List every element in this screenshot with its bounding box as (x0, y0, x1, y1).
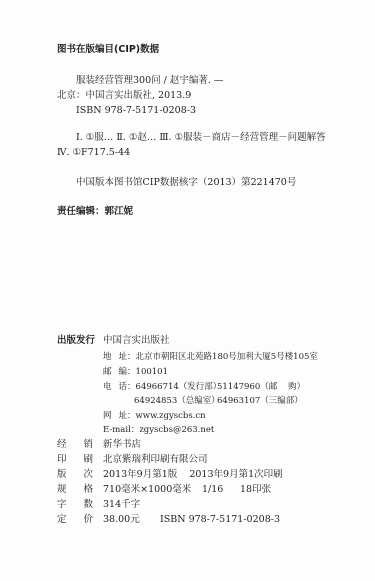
phone-row-1b: 51147960（邮 购） (217, 381, 305, 393)
detail-label: 经销 (57, 439, 103, 451)
address-value: 北京市朝阳区北苑路180号加利大厦5号楼105室 (136, 352, 318, 362)
cip-publisher-line: 北京：中国言实出版社, 2013.9 (57, 90, 191, 102)
detail-value: 北京紫瑞利印刷有限公司 (103, 454, 208, 465)
address-label-a: 地 (103, 352, 112, 362)
phone-label-b: 话： (119, 382, 136, 392)
cip-title-line: 服装经营管理300问 / 赵宇编著. — (76, 75, 223, 87)
cip-data-number: 中国版本图书馆CIP数据核字（2013）第221470号 (76, 177, 296, 189)
postcode-label-b: 编： (119, 367, 136, 377)
website-row: 网址：www.zgyscbs.cn (103, 410, 206, 422)
detail-label: 版次 (57, 469, 103, 481)
phone-dept: （总编室） (177, 396, 220, 406)
phone-dept: （三编部） (260, 396, 303, 406)
cip-isbn-line: ISBN 978-7-5171-0208-3 (76, 105, 196, 117)
phone-dept: （邮 购） (260, 382, 305, 392)
postcode-value: 100101 (136, 367, 168, 377)
detail-value: 314千字 (103, 499, 140, 510)
email-row: E-mail：zgyscbs@263.net (103, 424, 214, 436)
detail-label: 印刷 (57, 454, 103, 466)
format-sheets: 18印张 (240, 484, 271, 496)
email-label: E-mail： (103, 425, 139, 435)
phone-number: 64924853 (134, 396, 177, 406)
detail-row-price: 定价38.00元 (57, 514, 140, 526)
phone-number: 64963107 (217, 396, 260, 406)
phone-number: 51147960 (217, 382, 260, 392)
detail-label: 字数 (57, 499, 103, 511)
website-label-a: 网 (103, 411, 112, 421)
address-row: 地址：北京市朝阳区北苑路180号加利大厦5号楼105室 (103, 351, 318, 363)
email-link[interactable]: zgyscbs@263.net (139, 425, 214, 435)
cip-classification-line-1: Ⅰ. ①服… Ⅱ. ①赵… Ⅲ. ①服装－商店－经营管理－问题解答 (76, 132, 326, 144)
website-label-b: 址： (119, 411, 136, 421)
detail-value: 新华书店 (103, 439, 141, 450)
publisher-name: 中国言实出版社 (103, 335, 170, 347)
detail-value: 38.00元 (103, 514, 140, 525)
postcode-row: 邮编：100101 (103, 366, 168, 378)
cip-classification-line-2: Ⅳ. ①F717.5-44 (57, 147, 130, 159)
detail-label: 定价 (57, 514, 103, 526)
phone-row-1: 电话：64966714（发行部） (103, 381, 221, 393)
detail-value: 2013年9月第1版 2013年9月第1次印刷 (103, 469, 283, 480)
format-fold: 1/16 (202, 484, 223, 496)
address-label-b: 址： (119, 352, 136, 362)
editor-label: 责任编辑： (57, 206, 105, 217)
editor-name: 郭江妮 (105, 206, 134, 217)
publisher-label: 出版发行 (57, 335, 95, 347)
phone-number: 64966714 (136, 382, 179, 392)
website-link[interactable]: www.zgyscbs.cn (136, 411, 206, 421)
cip-heading: 图书在版编目(CIP)数据 (57, 44, 159, 56)
detail-label: 规格 (57, 484, 103, 496)
postcode-label-a: 邮 (103, 367, 112, 377)
phone-dept: （发行部） (179, 382, 222, 392)
responsible-editor: 责任编辑：郭江妮 (57, 206, 133, 218)
phone-row-2b: 64963107（三编部） (217, 395, 303, 407)
price-isbn: ISBN 978-7-5171-0208-3 (160, 514, 280, 526)
phone-label-a: 电 (103, 382, 112, 392)
detail-value: 710毫米×1000毫米 (103, 484, 191, 495)
detail-row-printer: 印刷北京紫瑞利印刷有限公司 (57, 454, 208, 466)
detail-row-word-count: 字数314千字 (57, 499, 140, 511)
phone-row-2: 64924853（总编室） (134, 395, 220, 407)
detail-row-format: 规格710毫米×1000毫米 (57, 484, 191, 496)
detail-row-edition: 版次2013年9月第1版 2013年9月第1次印刷 (57, 469, 283, 481)
detail-row-distributor: 经销新华书店 (57, 439, 141, 451)
